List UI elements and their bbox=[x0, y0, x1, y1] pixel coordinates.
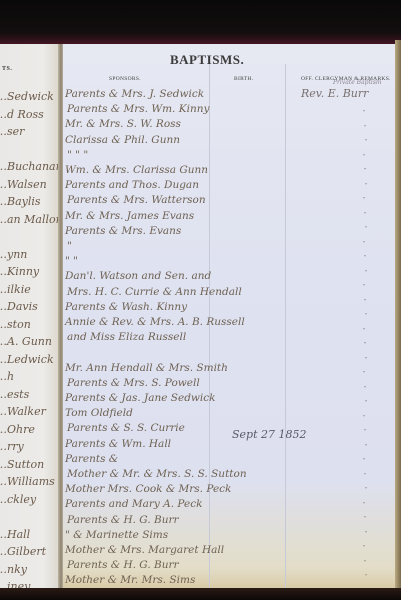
ditto-mark: " bbox=[364, 299, 366, 305]
sponsor-entry: Parents & Wash. Kinny bbox=[65, 301, 187, 313]
left-page-entry: …Davis bbox=[0, 300, 38, 313]
sponsor-entry: Annie & Rev. & Mrs. A. B. Russell bbox=[65, 316, 245, 328]
ditto-mark: " bbox=[365, 270, 367, 276]
ditto-mark: " bbox=[363, 154, 365, 160]
baptism-register-page: BAPTISMS. SPONSORS. BIRTH. OFF. CLERGYMA… bbox=[63, 44, 397, 590]
ditto-mark: " bbox=[365, 139, 367, 145]
left-page-entry: …ests bbox=[0, 388, 29, 401]
sponsor-entry: Parents & S. S. Currie bbox=[67, 422, 185, 434]
page-edge bbox=[395, 40, 401, 594]
sponsor-entry: " " " bbox=[67, 149, 88, 161]
sponsor-entry: Parents and Thos. Dugan bbox=[65, 179, 199, 191]
left-page-entry: …Baylis bbox=[0, 195, 41, 208]
ditto-mark: " bbox=[364, 473, 366, 479]
ditto-mark: " bbox=[363, 284, 365, 290]
left-page-entry: …d Ross bbox=[0, 108, 44, 121]
column-header-sponsors: SPONSORS. bbox=[109, 76, 141, 82]
sponsor-entry: Parents & Mrs. S. Powell bbox=[67, 377, 200, 389]
sponsor-entry: " & Marinette Sims bbox=[65, 529, 168, 541]
book-binding-bottom bbox=[0, 588, 401, 600]
ditto-mark: " bbox=[364, 255, 366, 261]
left-page-entry: …Hall bbox=[0, 528, 30, 541]
sponsor-entry: Parents & Wm. Hall bbox=[65, 438, 171, 450]
left-page-entry: …Ohre bbox=[0, 423, 35, 436]
ditto-mark: " bbox=[365, 531, 367, 537]
sponsor-entry: Parents & H. G. Burr bbox=[67, 514, 179, 526]
sponsor-entry: Mr. Ann Hendall & Mrs. Smith bbox=[65, 362, 228, 374]
left-page: TS. …Sedwick…d Ross…ser…Buchanan…Walsen…… bbox=[0, 44, 62, 590]
ditto-mark: " bbox=[363, 415, 365, 421]
sponsor-entry: Parents & Mrs. Evans bbox=[65, 225, 181, 237]
left-page-entry: …Williams bbox=[0, 475, 55, 488]
sponsor-entry: and Miss Eliza Russell bbox=[67, 331, 186, 343]
book-binding-top bbox=[0, 0, 401, 46]
ditto-mark: " bbox=[365, 313, 367, 319]
ditto-mark: " bbox=[363, 458, 365, 464]
left-page-entry: …Ledwick bbox=[0, 353, 54, 366]
clergyman-remark: Private Baptism bbox=[333, 79, 382, 86]
sponsor-entry: Parents and Mary A. Peck bbox=[65, 498, 202, 510]
left-page-entry: …Gilbert bbox=[0, 545, 46, 558]
sponsor-entry: Dan'l. Watson and Sen. and bbox=[65, 270, 211, 282]
left-page-entry: …nky bbox=[0, 563, 27, 576]
left-page-entry: …Buchanan bbox=[0, 160, 62, 173]
ditto-mark: " bbox=[364, 516, 366, 522]
sponsor-entry: Wm. & Mrs. Clarissa Gunn bbox=[65, 164, 208, 176]
left-page-entry: …A. Gunn bbox=[0, 335, 52, 348]
left-page-entry: …Walsen bbox=[0, 178, 47, 191]
sponsor-entry: Parents & Jas. Jane Sedwick bbox=[65, 392, 216, 404]
left-page-entry: …ston bbox=[0, 318, 31, 331]
page-title: BAPTISMS. bbox=[170, 52, 244, 68]
sponsor-entry: Parents & Mrs. J. Sedwick bbox=[65, 88, 204, 100]
left-page-entry: …ynn bbox=[0, 248, 27, 261]
left-page-entry: …Walker bbox=[0, 405, 46, 418]
ditto-mark: " bbox=[365, 444, 367, 450]
ditto-mark: " bbox=[363, 545, 365, 551]
sponsor-entry: Mother & Mrs. Margaret Hall bbox=[65, 544, 224, 556]
ditto-mark: " bbox=[365, 487, 367, 493]
ditto-mark: " bbox=[364, 342, 366, 348]
ditto-mark: " bbox=[363, 328, 365, 334]
left-page-column-header: TS. bbox=[2, 66, 12, 72]
sponsor-entry: Mother & Mr. & Mrs. S. S. Sutton bbox=[67, 468, 247, 480]
ditto-mark: " bbox=[363, 371, 365, 377]
sponsor-entry: Clarissa & Phil. Gunn bbox=[65, 134, 180, 146]
ditto-mark: " bbox=[365, 400, 367, 406]
sponsor-entry: Mr. & Mrs. James Evans bbox=[65, 210, 194, 222]
left-page-entry: …h bbox=[0, 370, 14, 383]
column-divider-birth-clergyman bbox=[285, 64, 286, 590]
ditto-mark: " bbox=[363, 241, 365, 247]
left-page-entry: …ser bbox=[0, 125, 24, 138]
birth-date-entry: Sept 27 1852 bbox=[232, 428, 307, 441]
sponsor-entry: " bbox=[67, 240, 72, 252]
ditto-mark: " bbox=[364, 429, 366, 435]
sponsor-entry: Mrs. H. C. Currie & Ann Hendall bbox=[67, 286, 242, 298]
ditto-mark: " bbox=[365, 574, 367, 580]
ditto-mark: " bbox=[365, 357, 367, 363]
sponsor-entry: Mother & Mr. Mrs. Sims bbox=[65, 574, 195, 586]
ditto-mark: " bbox=[365, 226, 367, 232]
clergyman-name: Rev. E. Burr bbox=[301, 87, 368, 100]
sponsor-entry: Parents & H. G. Burr bbox=[67, 559, 179, 571]
ditto-mark: " bbox=[364, 560, 366, 566]
left-page-entry: …Sutton bbox=[0, 458, 44, 471]
left-page-entry: …ckley bbox=[0, 493, 36, 506]
left-page-entry: …an Mallon bbox=[0, 213, 62, 226]
ditto-mark: " bbox=[364, 168, 366, 174]
ditto-mark: " bbox=[364, 125, 366, 131]
ditto-mark: " bbox=[363, 110, 365, 116]
column-header-birth: BIRTH. bbox=[234, 76, 253, 82]
left-page-entry: …ilkie bbox=[0, 283, 31, 296]
sponsor-entry: Parents & Mrs. Watterson bbox=[67, 194, 206, 206]
left-page-entry: …Kinny bbox=[0, 265, 39, 278]
sponsor-entry: Tom Oldfield bbox=[65, 407, 133, 419]
ditto-mark: " bbox=[365, 183, 367, 189]
ditto-mark: " bbox=[364, 386, 366, 392]
left-page-entry: …rry bbox=[0, 440, 24, 453]
sponsor-entry: Parents & Mrs. Wm. Kinny bbox=[67, 103, 209, 115]
ditto-mark: " bbox=[364, 212, 366, 218]
left-page-entry: …Sedwick bbox=[0, 90, 54, 103]
sponsor-entry: " " bbox=[65, 255, 78, 267]
sponsor-entry: Parents & bbox=[65, 453, 118, 465]
ditto-mark: " bbox=[363, 502, 365, 508]
sponsor-entry: Mr. & Mrs. S. W. Ross bbox=[65, 118, 181, 130]
sponsor-entry: Mother Mrs. Cook & Mrs. Peck bbox=[65, 483, 231, 495]
ditto-mark: " bbox=[363, 197, 365, 203]
